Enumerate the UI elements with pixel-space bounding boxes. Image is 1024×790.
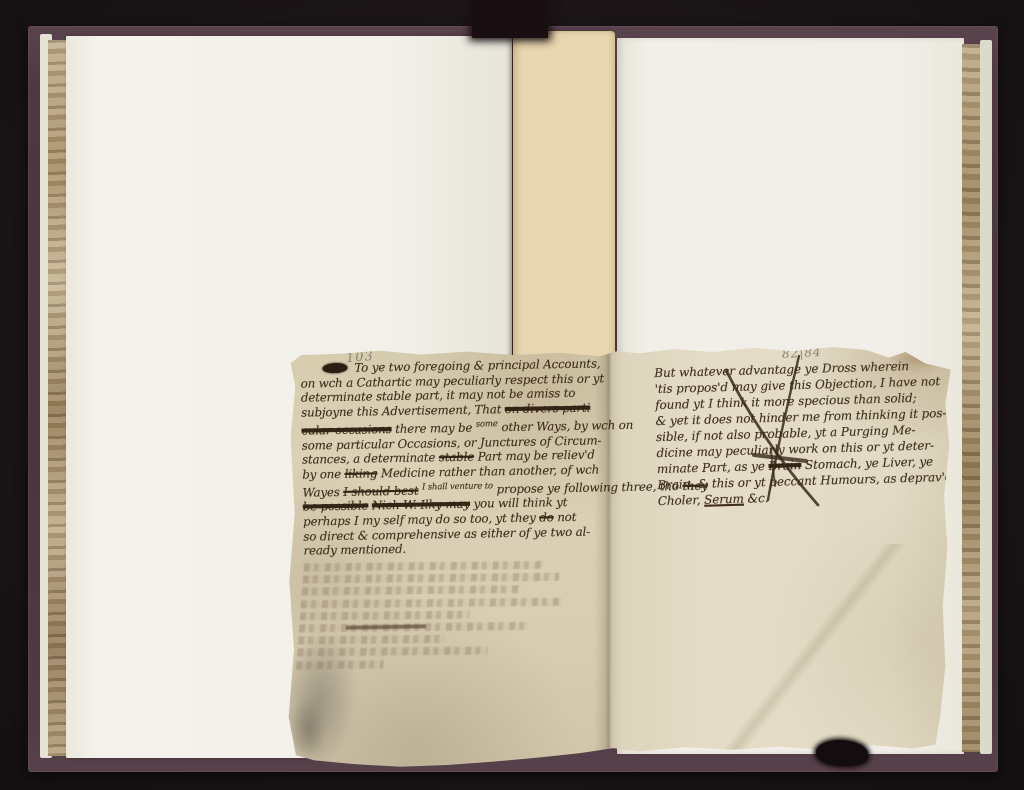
manuscript-text: be possible (303, 499, 369, 514)
manuscript-text: not (554, 510, 577, 524)
manuscript-text: ready mentioned. (303, 542, 406, 558)
manuscript-text: Part may be reliev'd (474, 448, 595, 464)
manuscript-text: do (539, 510, 554, 524)
manuscript-text: Serum (704, 492, 744, 507)
manuscript-text: cular occasions (301, 422, 391, 438)
manuscript-bifolium: 103 82|84 To ye two foregoing & principa… (288, 344, 952, 768)
manuscript-text: I should best (343, 483, 418, 498)
page-edge-shadow-notch (816, 740, 868, 766)
showthrough-line (300, 610, 469, 620)
manuscript-text: &c. (744, 491, 769, 506)
ink-blot (322, 363, 347, 373)
manuscript-text: Nich W. Ilky may (372, 497, 470, 513)
showthrough-line (303, 561, 543, 572)
manuscript-text: some (476, 419, 498, 429)
manuscript-text: you will think yt (470, 495, 568, 511)
manuscript-text: I shall venture to (422, 481, 493, 492)
showthrough-line (303, 573, 560, 584)
manuscript-text: Choler, (658, 493, 705, 508)
spine-gap-shadow (472, 0, 548, 38)
manuscript-text: Wayes (302, 485, 343, 500)
manuscript-text: stances, a determinate (302, 450, 439, 466)
manuscript-text: propose ye following three, tho (493, 479, 683, 496)
diagonal-crease (698, 544, 928, 754)
right-text-block: But whatever advantage ye Dross wherein'… (654, 357, 952, 509)
ink-showthrough (296, 561, 577, 674)
manuscript-text: Brain (768, 458, 801, 473)
photograph-background: 103 82|84 To ye two foregoing & principa… (0, 0, 1024, 790)
corner-stain-dark (290, 698, 326, 760)
showthrough-line (297, 647, 488, 657)
showthrough-line (296, 660, 384, 669)
manuscript-text: stable (439, 450, 474, 465)
showthrough-line (301, 597, 563, 608)
right-inner-page-edges (980, 40, 992, 754)
manuscript-text: other Ways, by wch on (498, 418, 634, 434)
left-text-block: To ye two foregoing & principal Accounts… (300, 356, 605, 558)
manuscript-text: by one (302, 467, 345, 482)
showthrough-line (298, 635, 446, 645)
paper-guard-strip (513, 31, 615, 365)
manuscript-text: on divers parti (505, 401, 591, 416)
right-fore-edge (962, 44, 982, 752)
manuscript-text: liking (345, 466, 378, 481)
showthrough-line (302, 586, 520, 596)
manuscript-text: there may be (391, 420, 475, 435)
